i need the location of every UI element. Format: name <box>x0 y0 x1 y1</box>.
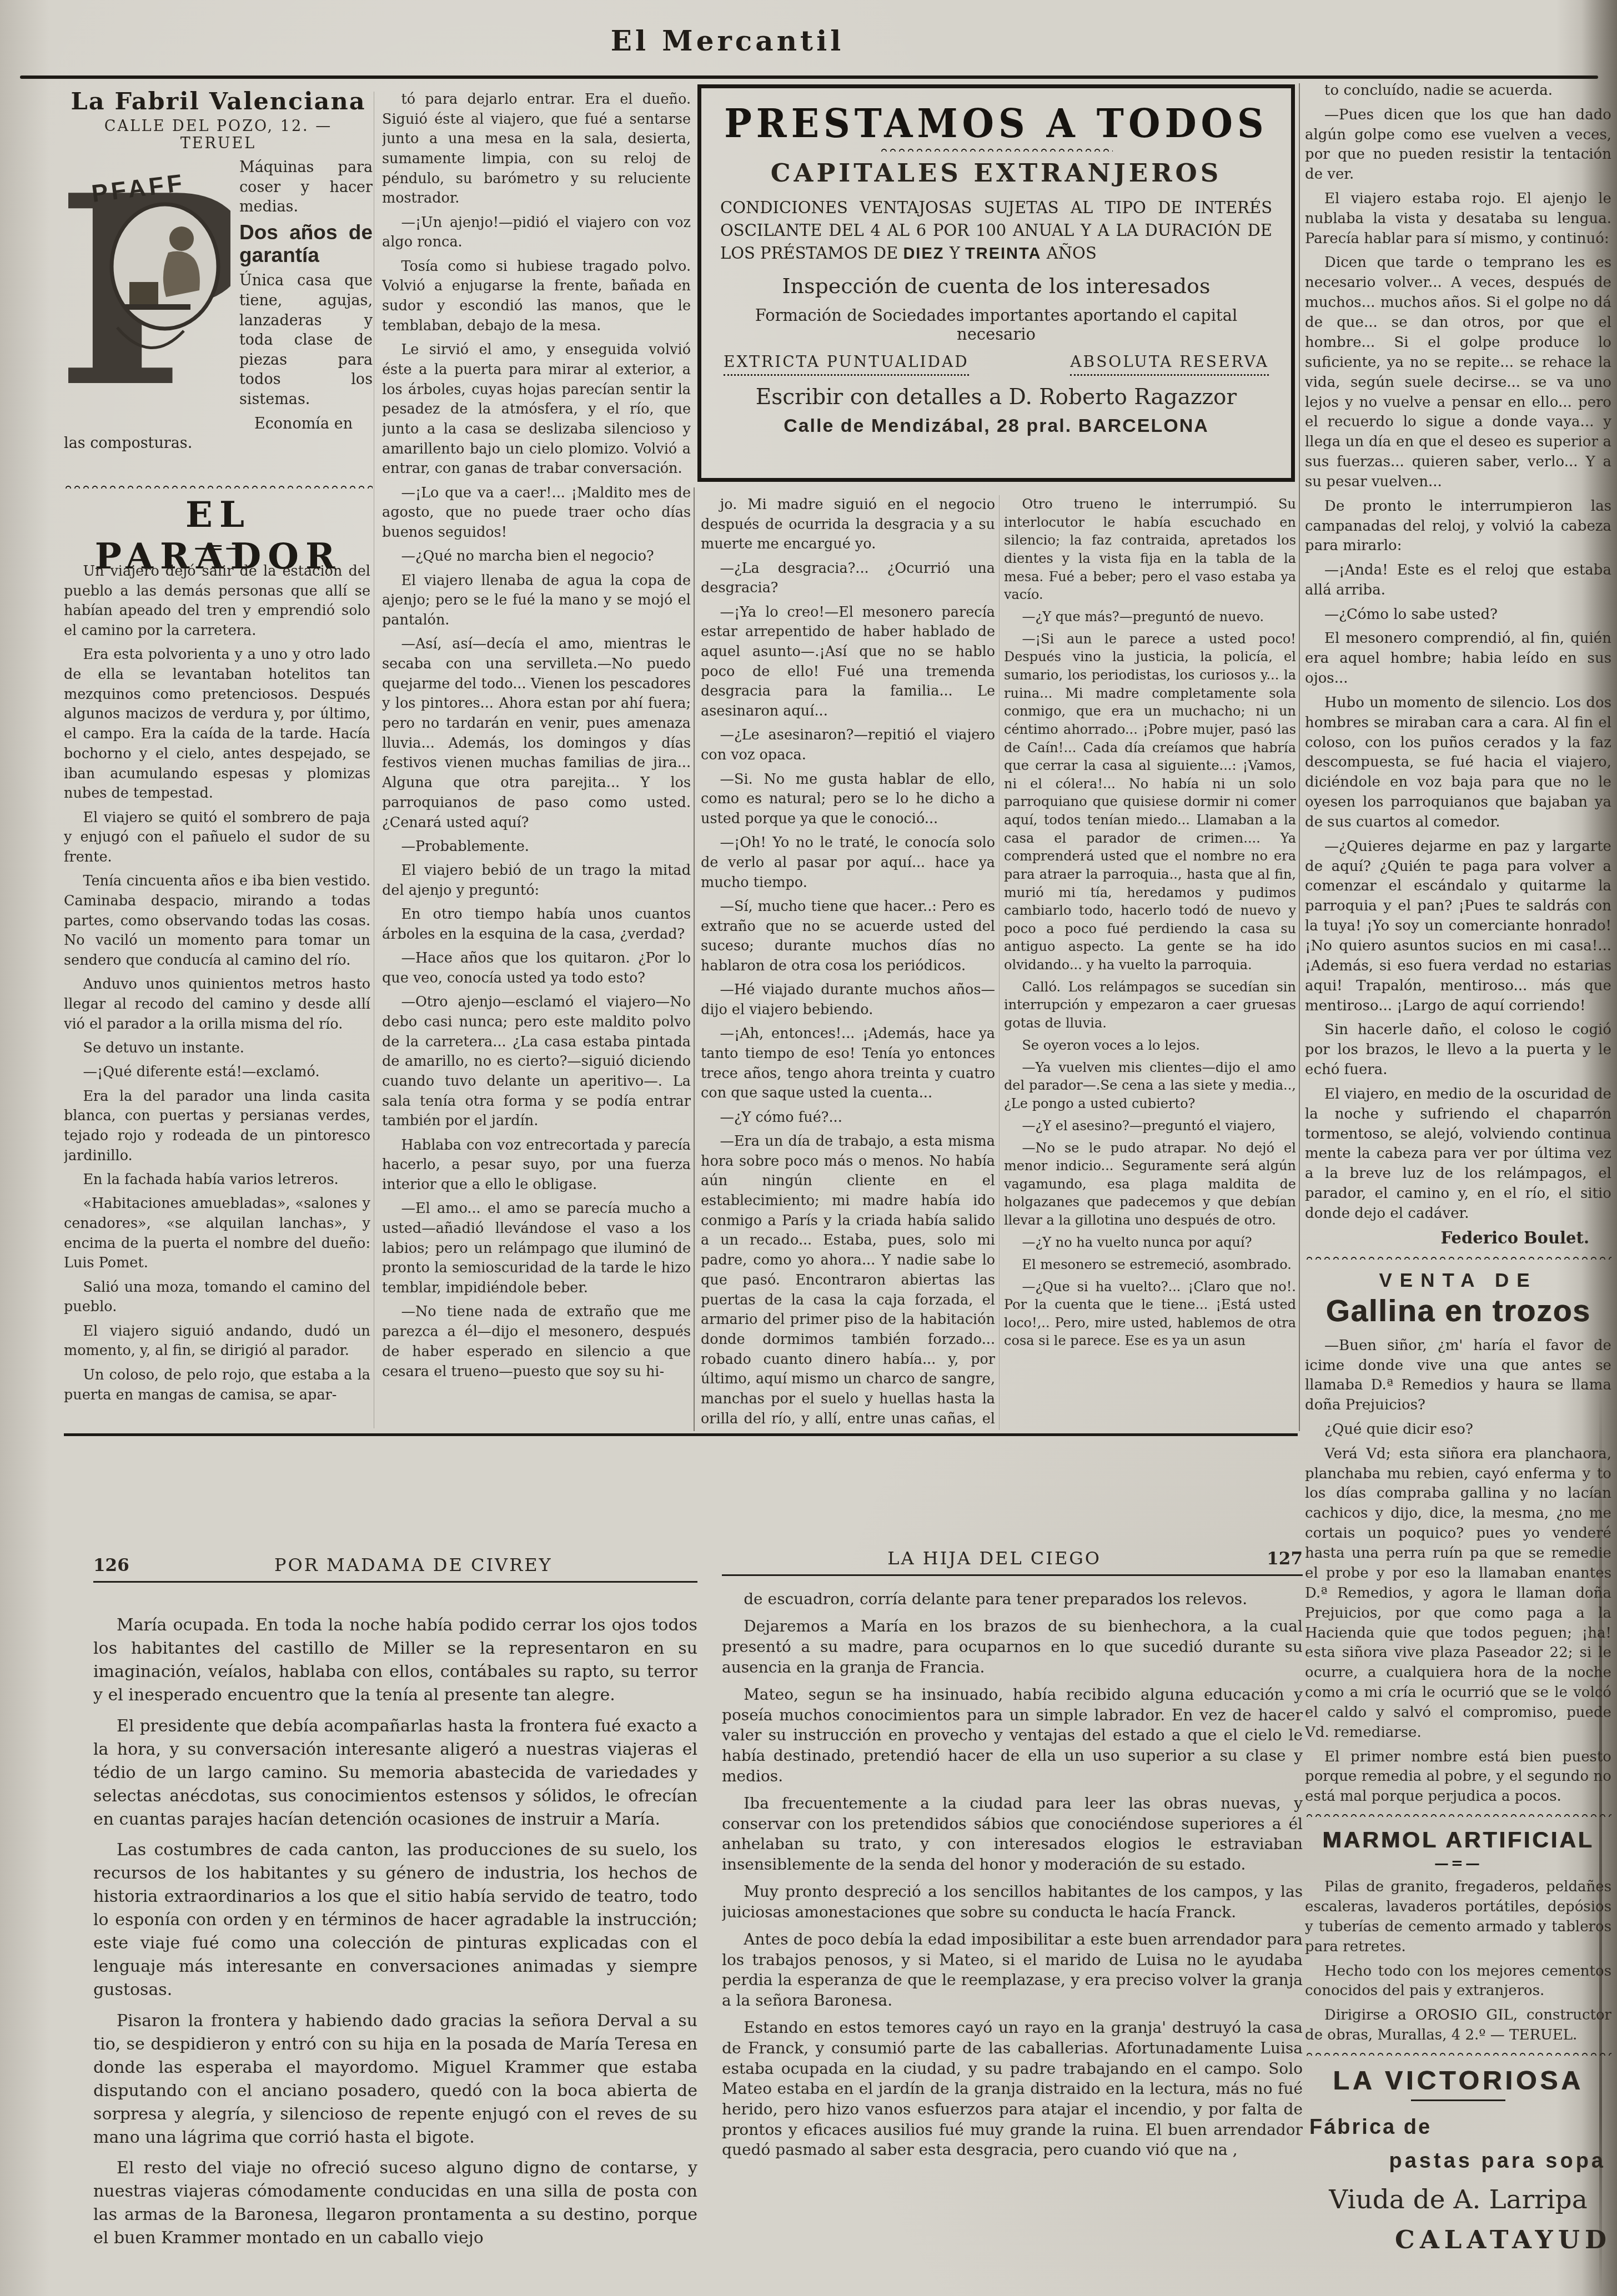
paragraph: Era la del parador una linda casita blan… <box>64 1087 370 1166</box>
paragraph: Se oyeron voces a lo lejos. <box>1004 1036 1296 1055</box>
paragraph: Salió una moza, tomando el camino del pu… <box>64 1278 370 1317</box>
paragraph: —¡Ah, entonces!... ¡Además, hace ya tant… <box>701 1024 995 1104</box>
paragraph: —No tiene nada de extraño que me parezca… <box>382 1302 691 1382</box>
paragraph: —Probablemente. <box>382 837 691 857</box>
paragraph: El primer nombre está bien puesto porque… <box>1305 1748 1611 1807</box>
marmol-ad-title: MARMOL ARTIFICIAL <box>1305 1827 1611 1853</box>
column-rule-1 <box>374 92 374 1428</box>
paragraph: to concluído, nadie se acuerda. <box>1305 81 1611 101</box>
masthead-rule <box>20 75 1598 79</box>
terms-ten: DIEZ <box>903 245 944 263</box>
paragraph: El mesonero comprendió, al fin, quién er… <box>1305 629 1611 689</box>
feuilleton-right-header: LA HIJA DEL CIEGO 127 <box>722 1548 1303 1569</box>
paragraph: —¡Si aun le parece a usted poco! Después… <box>1004 630 1296 974</box>
paragraph: De pronto le interrumpieron las campanad… <box>1305 497 1611 557</box>
prestamos-formation-line: Formación de Sociedades importantes apor… <box>720 306 1272 344</box>
prestamos-inspection-line: Inspección de cuenta de los interesados <box>720 274 1272 298</box>
paragraph: —Hé viajado durante muchos años—dijo el … <box>701 980 995 1020</box>
paragraph: —¿Y que más?—preguntó de nuevo. <box>1004 608 1296 626</box>
paragraph: —Así, así—decía el amo, mientras le seca… <box>382 635 691 833</box>
paragraph: Un viajero dejó salir de la estación del… <box>64 562 370 641</box>
feuilleton-right-running-title: LA HIJA DEL CIEGO <box>722 1548 1267 1569</box>
story-column-5: to concluído, nadie se acuerda.—Pues dic… <box>1305 81 1611 1224</box>
paragraph: Antes de poco debía la edad imposibilita… <box>722 1930 1303 2011</box>
feuilleton-separator-rule <box>64 1433 1298 1436</box>
paragraph: —¡Un ajenjo!—pidió el viajero con voz al… <box>382 213 691 253</box>
right-column: to concluído, nadie se acuerda.—Pues dic… <box>1305 81 1611 2293</box>
paragraph: Tosía como si hubiese tragado polvo. Vol… <box>382 257 691 336</box>
prestamos-contact-line: Escribir con detalles a D. Roberto Ragaz… <box>720 385 1272 410</box>
victoriosa-line-viuda: Viuda de A. Larripa <box>1305 2184 1611 2215</box>
prestamos-punctuality-note: EXTRICTA PUNTUALIDAD <box>724 353 969 376</box>
paragraph: El viajero estaba rojo. El ajenjo le nub… <box>1305 189 1611 249</box>
paragraph: El viajero siguió andando, dudó un momen… <box>64 1322 370 1361</box>
paragraph: —Era un día de trabajo, a esta misma hor… <box>701 1132 995 1429</box>
prestamos-ad-subtitle: CAPITALES EXTRANJEROS <box>720 158 1272 188</box>
paragraph: —El amo... el amo se parecía mucho a ust… <box>382 1199 691 1298</box>
story-title-ornament: —=— <box>64 540 373 556</box>
paragraph: —¡Anda! Este es el reloj que estaba allá… <box>1305 561 1611 601</box>
sewing-machine <box>129 282 158 304</box>
paragraph: Se detuvo un instante. <box>64 1039 370 1059</box>
paragraph: tó para dejarlo entrar. Era el dueño. Si… <box>382 90 691 209</box>
story-column-2: tó para dejarlo entrar. Era el dueño. Si… <box>382 90 691 1428</box>
paragraph: —¿Cómo lo sabe usted? <box>1305 605 1611 625</box>
paragraph: —¡Oh! Yo no le traté, le conocía solo de… <box>701 833 995 893</box>
paragraph: «Habitaciones amuebladas», «salones y ce… <box>64 1194 370 1273</box>
paragraph: Las costumbres de cada canton, las produ… <box>93 1839 697 2002</box>
paragraph: En la fachada había varios letreros. <box>64 1170 370 1190</box>
paragraph: —¿Qué no marcha bien el negocio? <box>382 547 691 567</box>
paragraph: El viajero bebió de un trago la mitad de… <box>382 861 691 900</box>
paragraph: Pisaron la frontera y habiendo dado grac… <box>93 2010 697 2149</box>
paragraph: —¿La desgracia?... ¿Ocurrió una desgraci… <box>701 559 995 598</box>
fabril-valenciana-ad: La Fabril Valenciana CALLE DEL POZO, 12.… <box>64 88 373 480</box>
paragraph: —¡Ya lo creo!—El mesonero parecía estar … <box>701 603 995 722</box>
paragraph: Le sirvió el amo, y enseguida volvió ést… <box>382 340 691 479</box>
paragraph: Otro trueno le interrumpió. Su interlocu… <box>1004 495 1296 604</box>
victoriosa-line-fabrica: Fábrica de <box>1309 2116 1611 2139</box>
feuilleton-right-text: de escuadron, corría delante para tener … <box>722 1589 1303 2161</box>
paragraph: Dejaremos a María en los brazos de su bi… <box>722 1617 1303 1678</box>
paragraph: El mesonero se estremeció, asombrado. <box>1004 1256 1296 1274</box>
paragraph: Dirigirse a OROSIO GIL, constructor de o… <box>1305 2006 1611 2046</box>
paragraph: El viajero, en medio de la oscuridad de … <box>1305 1085 1611 1224</box>
section-wavy-rule <box>1305 2051 1611 2056</box>
paragraph: —¡Lo que va a caer!... ¡Maldito mes de a… <box>382 484 691 543</box>
paragraph: El resto del viaje no ofreció suceso alg… <box>93 2157 697 2250</box>
paragraph: El viajero llenaba de agua la copa de aj… <box>382 571 691 631</box>
paragraph: Mateo, segun se ha insinuado, había reci… <box>722 1685 1303 1786</box>
paragraph: —¡Qué diferente está!—exclamó. <box>64 1063 370 1082</box>
column-rule-2 <box>694 487 695 1431</box>
story-column-1: Un viajero dejó salir de la estación del… <box>64 562 370 1428</box>
victoriosa-line-pastas: pastas para sopa <box>1305 2149 1611 2173</box>
paragraph: jo. Mi madre siguió en el negocio despué… <box>701 495 995 555</box>
paragraph: —¿Y el asesino?—preguntó el viajero, <box>1004 1117 1296 1135</box>
column-rule-3 <box>999 495 1000 1430</box>
paragraph: Dicen que tarde o temprano les es necesa… <box>1305 253 1611 492</box>
feuilleton-right-page-number: 127 <box>1267 1549 1303 1569</box>
paragraph: Calló. Los relámpagos se sucedían sin in… <box>1004 978 1296 1033</box>
paragraph: —Sí, mucho tiene que hacer..: Pero es ex… <box>701 897 995 976</box>
paragraph: El presidente que debía acompañarlas has… <box>93 1715 697 1831</box>
paragraph: Hubo un momento de silencio. Los dos hom… <box>1305 693 1611 833</box>
prestamos-title-wavy-rule <box>880 147 1113 152</box>
feuilleton-left-page: 126 POR MADAMA DE CIVREY María ocupada. … <box>93 1554 697 2293</box>
feuilleton-left-page-number: 126 <box>93 1555 129 1575</box>
gallina-ad-body: —Buen siñor, ¿m' haría el favor de icime… <box>1305 1336 1611 1807</box>
section-wavy-rule <box>1305 1255 1611 1260</box>
paragraph: Un coloso, de pelo rojo, que estaba a la… <box>64 1366 370 1405</box>
paragraph: Era esta polvorienta y a uno y otro lado… <box>64 645 370 804</box>
paragraph: Anduvo unos quinientos metros hasto lleg… <box>64 975 370 1034</box>
story-column-3: jo. Mi madre siguió en el negocio despué… <box>701 495 995 1429</box>
page-fold-crease <box>1599 1388 1602 2296</box>
paragraph: En otro tiempo había unos cuantos árbole… <box>382 905 691 944</box>
paragraph: —¿Quieres dejarme en paz y largarte de a… <box>1305 837 1611 1016</box>
prestamos-address-line: Calle de Mendizábal, 28 pral. BARCELONA <box>720 415 1272 437</box>
victoriosa-title-underline <box>1411 2099 1505 2101</box>
newspaper-page: El Mercantil La Fabril Valenciana CALLE … <box>0 0 1617 2296</box>
prestamos-ad-title: PRESTAMOS A TODOS <box>720 100 1272 147</box>
paragraph: —Ya vuelven mis clientes—dijo el amo del… <box>1004 1059 1296 1113</box>
story-author-signature: Federico Boulet. <box>1305 1228 1611 1247</box>
paragraph: —¿Y no ha vuelto nunca por aquí? <box>1004 1233 1296 1252</box>
paragraph: Tenía cincuenta años e iba bien vestido.… <box>64 872 370 970</box>
paragraph: —Otro ajenjo—esclamó el viajero—No debo … <box>382 993 691 1131</box>
section-wavy-rule <box>64 484 373 489</box>
paragraph: Sin hacerle daño, el coloso le cogió por… <box>1305 1020 1611 1080</box>
marmol-ad-ornament: —=— <box>1305 1855 1611 1872</box>
prestamos-notes-row: EXTRICTA PUNTUALIDAD ABSOLUTA RESERVA <box>724 353 1269 376</box>
paragraph: —Hace años que los quitaron. ¿Por lo que… <box>382 949 691 988</box>
paragraph: —¿Que si ha vuelto?... ¡Claro que no!. P… <box>1004 1278 1296 1351</box>
feuilleton-left-header-rule <box>93 1581 697 1583</box>
paragraph: —Pues dicen que los que han dado algún g… <box>1305 105 1611 185</box>
victoriosa-ad-title: LA VICTORIOSA <box>1305 2066 1611 2096</box>
paragraph: Iba frecuentemente a la ciudad para leer… <box>722 1794 1303 1875</box>
prestamos-ad: PRESTAMOS A TODOS CAPITALES EXTRANJEROS … <box>697 84 1295 482</box>
fabril-ad-body: P PFAFF Máquinas para coser y hacer medi… <box>64 158 373 454</box>
terms-mid: Y <box>944 244 965 263</box>
paragraph: Estando en estos temores cayó un rayo en… <box>722 2018 1303 2161</box>
paragraph: ¿Qué quie dicir eso? <box>1305 1420 1611 1440</box>
paragraph: —Buen siñor, ¿m' haría el favor de icime… <box>1305 1336 1611 1416</box>
gallina-ad-title: Gallina en trozos <box>1305 1293 1611 1328</box>
prestamos-reserve-note: ABSOLUTA RESERVA <box>1070 353 1269 376</box>
feuilleton-left-running-title: POR MADAMA DE CIVREY <box>129 1554 697 1575</box>
fabril-ad-address: CALLE DEL POZO, 12. — TERUEL <box>64 118 373 152</box>
feuilleton-right-header-rule <box>722 1574 1303 1576</box>
terms-thirty: TREINTA <box>965 245 1042 263</box>
paragraph: El viajero se quitó el sombrero de paja … <box>64 808 370 868</box>
paragraph: María ocupada. En toda la noche había po… <box>93 1614 697 1707</box>
feuilleton-right-page: LA HIJA DEL CIEGO 127 de escuadron, corr… <box>722 1548 1303 2294</box>
paragraph: —¿Le asesinaron?—repitió el viajero con … <box>701 726 995 765</box>
section-wavy-rule <box>1305 1812 1611 1817</box>
victoriosa-line-calatayud: CALATAYUD <box>1305 2225 1611 2254</box>
fabril-footer-text: Economía en las composturas. <box>64 414 373 454</box>
paragraph: Muy pronto despreció a los sencillos hab… <box>722 1882 1303 1922</box>
paragraph: Pilas de granito, fregaderos, peldañes e… <box>1305 1877 1611 1957</box>
marmol-ad-body: Pilas de granito, fregaderos, peldañes e… <box>1305 1877 1611 2046</box>
gallina-ad-label: VENTA DE <box>1305 1270 1611 1292</box>
paragraph: —Si. No me gusta hablar de ello, como es… <box>701 770 995 829</box>
paragraph: Hecho todo con los mejores cementos cono… <box>1305 1962 1611 2002</box>
paragraph: —No se le pudo atrapar. No dejó el menor… <box>1004 1139 1296 1230</box>
terms-suffix: AÑOS <box>1042 244 1097 263</box>
masthead-title: El Mercantil <box>0 24 1455 57</box>
seamstress-head <box>169 226 194 251</box>
paragraph: Hablaba con voz entrecortada y parecía h… <box>382 1136 691 1195</box>
story-column-4: Otro trueno le interrumpió. Su interlocu… <box>1004 495 1296 1429</box>
pfaff-initial-illustration: P PFAFF <box>64 161 230 412</box>
paragraph: —¿Y cómo fué?... <box>701 1108 995 1128</box>
paragraph: Verá Vd; esta siñora era planchaora, pla… <box>1305 1444 1611 1743</box>
column-rule-4 <box>1299 83 1300 1431</box>
prestamos-terms: CONDICIONES VENTAJOSAS SUJETAS AL TIPO D… <box>720 197 1272 266</box>
fabril-ad-title: La Fabril Valenciana <box>64 88 373 115</box>
feuilleton-left-text: María ocupada. En toda la noche había po… <box>93 1614 697 2250</box>
paragraph: de escuadron, corría delante para tener … <box>722 1589 1303 1610</box>
feuilleton-left-header: 126 POR MADAMA DE CIVREY <box>93 1554 697 1575</box>
